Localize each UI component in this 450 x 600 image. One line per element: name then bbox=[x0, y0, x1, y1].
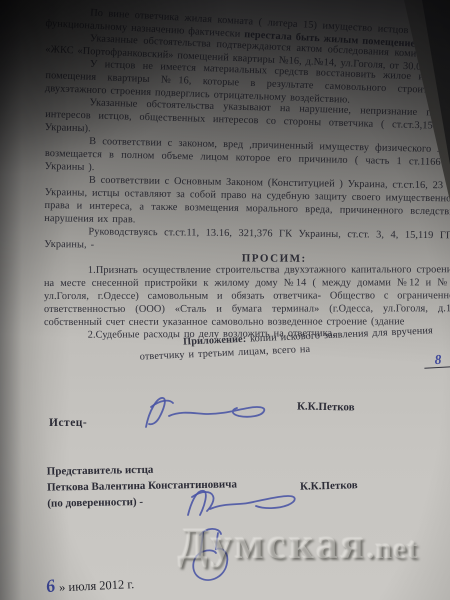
claim-paragraph-7: Руководствуясь ст.ст.11, 13.16, 321,376 … bbox=[44, 225, 450, 255]
watermark: Думская.net bbox=[178, 522, 418, 577]
representative-signature-ink bbox=[180, 484, 305, 526]
claim-paragraph-6: В соответствии с Основным Законом (Конст… bbox=[44, 173, 450, 232]
claim-item-1: 1.Признать осуществление строительства д… bbox=[44, 263, 450, 329]
attachment-count-blank: 8 bbox=[424, 350, 450, 369]
date-text: » июля 2012 г. bbox=[59, 577, 135, 594]
paper-sheet: По вине ответчика жилая комната ( литера… bbox=[0, 0, 450, 600]
date-line: 6» июля 2012 г. bbox=[46, 572, 135, 597]
date-day-handwritten: 6 bbox=[44, 575, 57, 597]
blank-line: 8 bbox=[424, 352, 450, 368]
attachment-count-handwritten: 8 bbox=[434, 352, 442, 367]
plaintiff-name: К.К.Петков bbox=[297, 400, 355, 413]
representative-name: К.К.Петков bbox=[300, 479, 358, 493]
watermark-text: Думская bbox=[178, 521, 367, 568]
plaintiff-signature-ink bbox=[136, 391, 276, 437]
attachment-label: Приложение: bbox=[183, 334, 247, 348]
watermark-suffix: .net bbox=[367, 532, 419, 565]
document-photo: По вине ответчика жилая комната ( литера… bbox=[0, 0, 450, 600]
document-content: По вине ответчика жилая комната ( литера… bbox=[43, 4, 450, 371]
plaintiff-label: Истец- bbox=[49, 417, 87, 429]
